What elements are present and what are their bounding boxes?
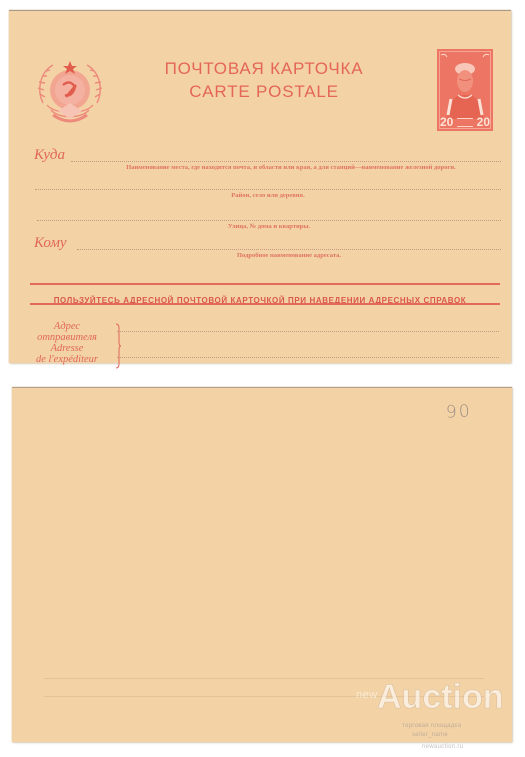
- watermark-brand: Auction: [377, 678, 504, 717]
- hint-place: Наименование места, где находится почта,…: [81, 164, 501, 171]
- postcard-front: ПОЧТОВАЯ КАРТОЧКА CARTE POSTALE 20 20 Ку…: [9, 10, 511, 363]
- watermark-sub1: торговая площадка: [402, 723, 461, 729]
- hint-district: Район, село или деревня.: [35, 192, 501, 199]
- pencil-price-note: 90: [445, 401, 472, 422]
- notice-rule-top: [30, 283, 500, 285]
- bracket-icon: [115, 323, 121, 369]
- stamp-value-left: 20: [440, 115, 453, 129]
- notice-rule-bottom: [30, 303, 500, 305]
- title-french: CARTE POSTALE: [9, 82, 511, 102]
- to-where-label: Куда: [34, 147, 65, 164]
- address-line-3[interactable]: [37, 220, 501, 221]
- watermark-sub3: newauction.ru: [422, 744, 463, 750]
- sender-label: Адрес отправителя Adresse de l'expéditeu…: [23, 321, 111, 365]
- title-russian: ПОЧТОВАЯ КАРТОЧКА: [9, 59, 511, 79]
- recipient-line[interactable]: [77, 249, 501, 250]
- address-line-1[interactable]: [71, 161, 501, 162]
- watermark-prefix: new: [356, 689, 378, 701]
- watermark-sub2: seller_name: [412, 732, 448, 738]
- to-whom-label: Кому: [34, 235, 67, 252]
- stamp-value-right: 20: [477, 115, 490, 129]
- sender-line-1[interactable]: [117, 331, 499, 332]
- hint-street: Улица, № дома и квартиры.: [37, 223, 501, 230]
- sender-line-2[interactable]: [117, 357, 499, 358]
- postage-stamp: 20 20: [437, 49, 493, 131]
- stamp-denomination-text: [457, 118, 473, 127]
- address-line-2[interactable]: [35, 189, 501, 190]
- hint-recipient: Подробное наименование адресата.: [77, 252, 501, 259]
